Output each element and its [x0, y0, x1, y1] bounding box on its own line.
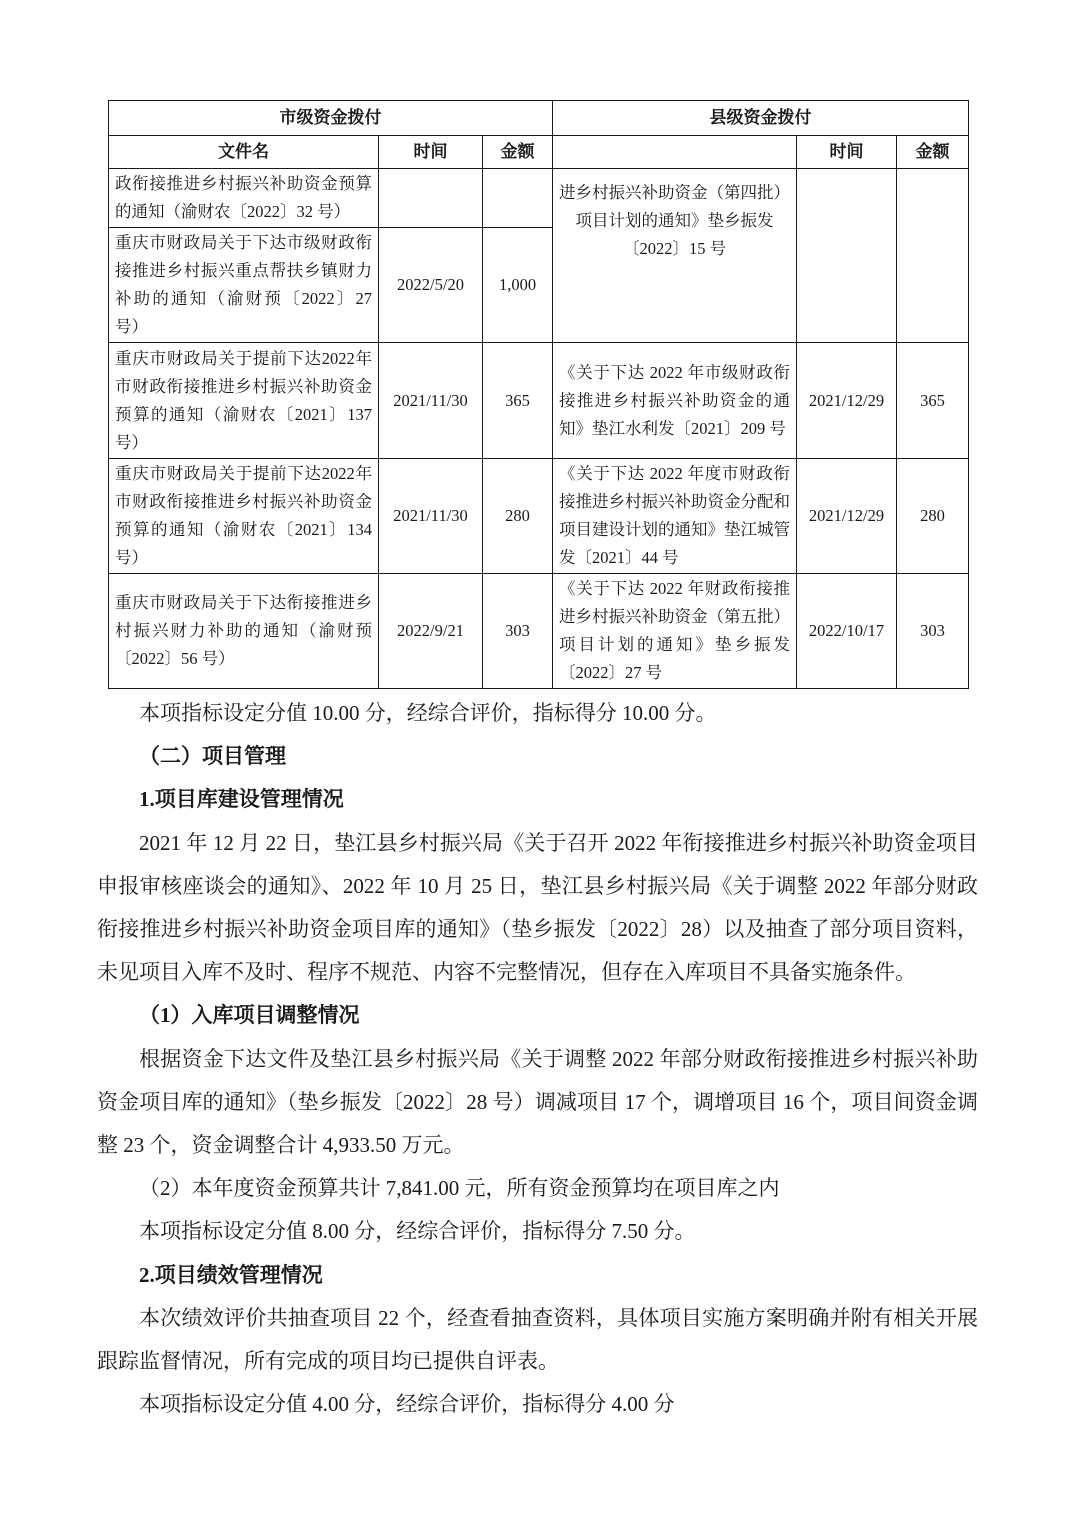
section-heading-project-management: （二）项目管理 — [97, 735, 978, 778]
row3-municipal-time: 2021/11/30 — [379, 343, 483, 459]
heading-project-library-management: 1.项目库建设管理情况 — [97, 778, 978, 821]
row4-municipal-file: 重庆市财政局关于提前下达2022年市财政衔接推进乡村振兴补助资金预算的通知（渝财… — [109, 459, 379, 574]
table-header-group-row: 市级资金拨付 县级资金拨付 — [109, 101, 969, 136]
row5-municipal-time: 2022/9/21 — [379, 574, 483, 689]
funding-table: 市级资金拨付 县级资金拨付 文件名 时间 金额 时间 金额 政衔接推进乡村振兴补… — [108, 100, 969, 689]
row5-county-file: 《关于下达 2022 年财政衔接推进乡村振兴补助资金（第五批）项目计划的通知》垫… — [553, 574, 797, 689]
row3-county-time: 2021/12/29 — [797, 343, 897, 459]
paragraph-project-library-detail: 2021 年 12 月 22 日，垫江县乡村振兴局《关于召开 2022 年衔接推… — [97, 822, 978, 995]
paragraph-score-8: 本项指标设定分值 8.00 分，经综合评价，指标得分 7.50 分。 — [97, 1210, 978, 1253]
table-row: 重庆市财政局关于下达衔接推进乡村振兴财力补助的通知（渝财预〔2022〕56 号）… — [109, 574, 969, 689]
heading-project-adjustment: （1）入库项目调整情况 — [97, 994, 978, 1037]
paragraph-performance-detail: 本次绩效评价共抽查项目 22 个，经查看抽查资料，具体项目实施方案明确并附有相关… — [97, 1297, 978, 1383]
row3-municipal-amount: 365 — [483, 343, 553, 459]
header-amount-municipal: 金额 — [483, 136, 553, 169]
row4-county-time: 2021/12/29 — [797, 459, 897, 574]
paragraph-score-10: 本项指标设定分值 10.00 分，经综合评价，指标得分 10.00 分。 — [97, 692, 978, 735]
row1-municipal-file: 政衔接推进乡村振兴补助资金预算的通知（渝财农〔2022〕32 号） — [109, 169, 379, 228]
heading-performance-management: 2.项目绩效管理情况 — [97, 1254, 978, 1297]
row4-county-amount: 280 — [897, 459, 969, 574]
row5-municipal-amount: 303 — [483, 574, 553, 689]
header-county-allocation: 县级资金拨付 — [553, 101, 969, 136]
table-header-columns-row: 文件名 时间 金额 时间 金额 — [109, 136, 969, 169]
row4-municipal-amount: 280 — [483, 459, 553, 574]
header-time-municipal: 时间 — [379, 136, 483, 169]
row1-county-amount — [897, 169, 969, 343]
row1-county-time — [797, 169, 897, 343]
header-file-name-county — [553, 136, 797, 169]
document-page: 市级资金拨付 县级资金拨付 文件名 时间 金额 时间 金额 政衔接推进乡村振兴补… — [0, 0, 1074, 1520]
header-time-county: 时间 — [797, 136, 897, 169]
row2-municipal-amount: 1,000 — [483, 228, 553, 343]
row5-county-time: 2022/10/17 — [797, 574, 897, 689]
row5-municipal-file: 重庆市财政局关于下达衔接推进乡村振兴财力补助的通知（渝财预〔2022〕56 号） — [109, 574, 379, 689]
page-content: 市级资金拨付 县级资金拨付 文件名 时间 金额 时间 金额 政衔接推进乡村振兴补… — [97, 100, 978, 1426]
paragraph-adjustment-detail: 根据资金下达文件及垫江县乡村振兴局《关于调整 2022 年部分财政衔接推进乡村振… — [97, 1038, 978, 1168]
row1-municipal-time — [379, 169, 483, 228]
row2-municipal-file: 重庆市财政局关于下达市级财政衔接推进乡村振兴重点帮扶乡镇财力补助的通知（渝财预〔… — [109, 228, 379, 343]
row4-county-file: 《关于下达 2022 年度市财政衔接推进乡村振兴补助资金分配和项目建设计划的通知… — [553, 459, 797, 574]
row3-county-file: 《关于下达 2022 年市级财政衔接推进乡村振兴补助资金的通知》垫江水利发〔20… — [553, 343, 797, 459]
row1-county-file: 进乡村振兴补助资金（第四批）项目计划的通知》垫乡振发〔2022〕15 号 — [553, 169, 797, 343]
table-row: 重庆市财政局关于提前下达2022年市财政衔接推进乡村振兴补助资金预算的通知（渝财… — [109, 459, 969, 574]
header-municipal-allocation: 市级资金拨付 — [109, 101, 553, 136]
row3-county-amount: 365 — [897, 343, 969, 459]
table-row: 重庆市财政局关于提前下达2022年市财政衔接推进乡村振兴补助资金预算的通知（渝财… — [109, 343, 969, 459]
row1-municipal-amount — [483, 169, 553, 228]
paragraph-score-4: 本项指标设定分值 4.00 分，经综合评价，指标得分 4.00 分 — [97, 1383, 978, 1426]
row5-county-amount: 303 — [897, 574, 969, 689]
paragraph-annual-budget: （2）本年度资金预算共计 7,841.00 元，所有资金预算均在项目库之内 — [97, 1167, 978, 1210]
row4-municipal-time: 2021/11/30 — [379, 459, 483, 574]
body-text: 本项指标设定分值 10.00 分，经综合评价，指标得分 10.00 分。 （二）… — [97, 692, 978, 1426]
row2-municipal-time: 2022/5/20 — [379, 228, 483, 343]
header-amount-county: 金额 — [897, 136, 969, 169]
header-file-name: 文件名 — [109, 136, 379, 169]
row3-municipal-file: 重庆市财政局关于提前下达2022年市财政衔接推进乡村振兴补助资金预算的通知（渝财… — [109, 343, 379, 459]
table-row: 政衔接推进乡村振兴补助资金预算的通知（渝财农〔2022〕32 号） 进乡村振兴补… — [109, 169, 969, 228]
